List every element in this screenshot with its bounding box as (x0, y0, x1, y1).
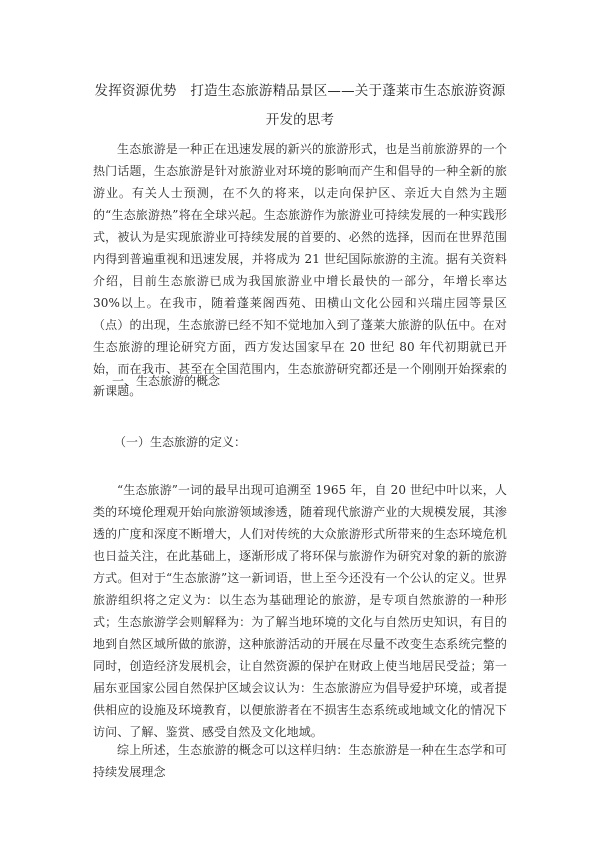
section-heading: 一、生态旅游的概念 (112, 370, 220, 392)
document-title: 发挥资源优势 打造生态旅游精品景区——关于蓬莱市生态旅游资源 (80, 79, 520, 99)
document-title-continued: 开发的思考 (80, 108, 520, 128)
intro-paragraph: 生态旅游是一种正在迅速发展的新兴的旅游形式，也是当前旅游界的一个热门话题，生态旅… (93, 138, 507, 402)
definition-paragraph: “生态旅游”一词的最早出现可追溯至 1965 年，自 20 世纪中叶以来，人类的… (93, 479, 507, 743)
subsection-heading: （一）生态旅游的定义： (114, 431, 246, 453)
summary-paragraph: 综上所述，生态旅游的概念可以这样归纳：生态旅游是一种在生态学和可持续发展理念 (93, 739, 507, 783)
